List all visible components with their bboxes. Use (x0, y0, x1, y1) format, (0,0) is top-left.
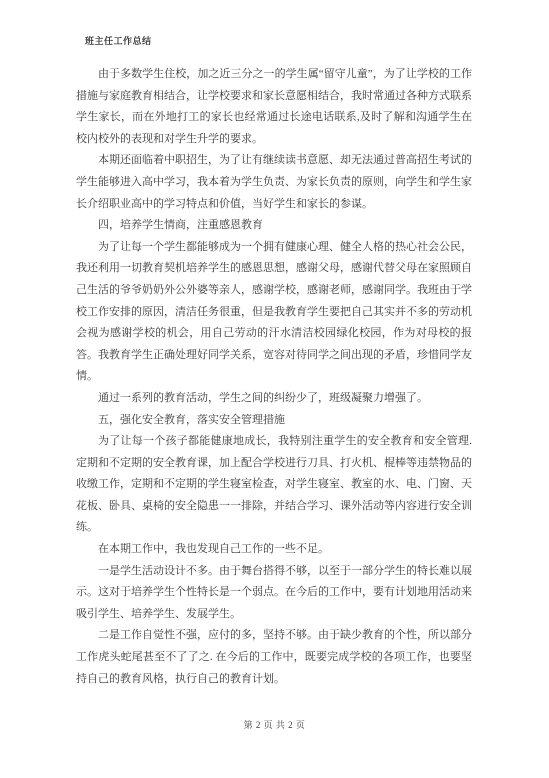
paragraph: 本期还面临着中职招生，为了让有继续读书意愿、却无法通过普高招生考试的学生能够进入… (76, 150, 472, 215)
section-heading: 五，强化安全教育，落实安全管理措施 (76, 410, 472, 432)
document-page: 班主任工作总结 由于多数学生住校，加之近三分之一的学生属“留守儿童”，为了让学校… (0, 0, 549, 778)
paragraph: 二是工作自觉性不强，应付的多，坚持不够。由于缺少教育的个性，所以部分工作虎头蛇尾… (76, 625, 472, 690)
paragraph: 由于多数学生住校，加之近三分之一的学生属“留守儿童”，为了让学校的工作措施与家庭… (76, 64, 472, 150)
page-number-label: 第 2 页 共 2 页 (0, 718, 549, 731)
paragraph: 在本期工作中，我也发现自己工作的一些不足。 (76, 539, 472, 561)
paragraph: 通过一系列的教育活动，学生之间的纠纷少了，班级凝聚力增强了。 (76, 388, 472, 410)
section-heading: 四，培养学生情商，注重感恩教育 (76, 215, 472, 237)
document-header-title: 班主任工作总结 (85, 34, 152, 47)
paragraph: 为了让每一个孩子都能健康地成长，我特别注重学生的安全教育和安全管理. 定期和不定… (76, 431, 472, 539)
paragraph: 一是学生活动设计不多。由于舞台搭得不够，以至于一部分学生的特长难以展示。这对于培… (76, 561, 472, 626)
paragraph: 为了让每一个学生都能够成为一个拥有健康心理、健全人格的热心社会公民，我还利用一切… (76, 237, 472, 388)
document-body: 由于多数学生住校，加之近三分之一的学生属“留守儿童”，为了让学校的工作措施与家庭… (76, 64, 472, 690)
